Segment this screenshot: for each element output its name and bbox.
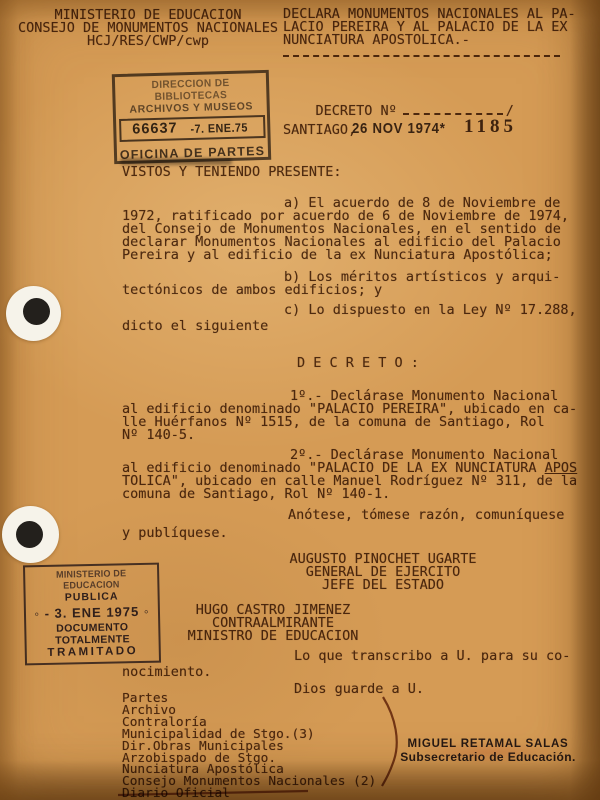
paragraph-a: a) El acuerdo de 8 de Noviembre de 1972,… <box>122 197 582 262</box>
vistos-heading: VISTOS Y TENIENDO PRESENTE: <box>122 166 341 179</box>
reception-stamp: DIRECCION DE BIBLIOTECAS ARCHIVOS Y MUSE… <box>112 70 271 164</box>
minister-block: HUGO CASTRO JIMENEZ CONTRAALMIRANTE MINI… <box>183 604 363 643</box>
signer-name: MIGUEL RETAMAL SALAS <box>388 738 588 750</box>
paragraph-b: b) Los méritos artísticos y arqui- tectó… <box>122 271 582 297</box>
paragraph-2: 2º.- Declárase Monumento Nacional al edi… <box>122 449 592 501</box>
distribution-list: Partes Archivo Contraloría Municipalidad… <box>122 693 422 800</box>
subject-underline <box>283 55 560 57</box>
signer-stamp: MIGUEL RETAMAL SALAS Subsecretario de Ed… <box>388 738 588 764</box>
decree-number-label: DECRETO Nº <box>316 103 397 119</box>
tramite-stamp-ministry: MINISTERIO DE EDUCACION <box>28 568 154 593</box>
reception-stamp-date: -7. ENE.75 <box>191 118 249 136</box>
city-label: SANTIAGO, <box>283 124 356 137</box>
letterhead-line: HCJ/RES/CWP/cwp <box>14 35 282 48</box>
decree-number-blank <box>403 103 503 115</box>
hole-punch <box>23 298 50 325</box>
tramite-stamp: MINISTERIO DE EDUCACION PUBLICA ◦ - 3. E… <box>23 563 161 666</box>
signatory-title: JEFE DEL ESTADO <box>283 579 483 592</box>
decreto-heading: D E C R E T O : <box>297 357 419 370</box>
distribution-item: Diario Oficial <box>122 788 422 800</box>
decree-number-stamp: 1185 <box>464 116 517 138</box>
reception-stamp-number: 66637 <box>132 120 178 137</box>
tramite-stamp-tramitado: TRAMITADO <box>27 645 159 660</box>
transcription-line1: Lo que transcribo a U. para su co- <box>294 650 570 663</box>
paragraph-line: comuna de Santiago, Rol Nº 140-1. <box>122 488 592 501</box>
paragraph-line: Anótese, tómese razón, comuníquese <box>122 509 582 522</box>
paragraph-line: Nº 140-5. <box>122 429 582 442</box>
paragraph-line: Pereira y al edificio de la ex Nunciatur… <box>122 249 582 262</box>
tramite-stamp-date: ◦ - 3. ENE 1975 ◦ <box>26 604 158 622</box>
signature-block: AUGUSTO PINOCHET UGARTE GENERAL DE EJERC… <box>283 553 483 592</box>
subject-line: NUNCIATURA APOSTOLICA.- <box>283 34 583 47</box>
minister-title: MINISTRO DE EDUCACION <box>183 630 363 643</box>
paragraph-line: dicto el siguiente <box>122 320 582 333</box>
document-page: MINISTERIO DE EDUCACION CONSEJO DE MONUM… <box>0 0 600 800</box>
paragraph-line: y publíquese. <box>122 527 582 540</box>
hole-punch <box>16 521 43 548</box>
letterhead: MINISTERIO DE EDUCACION CONSEJO DE MONUM… <box>14 9 282 48</box>
tramite-stamp-doc: DOCUMENTO TOTALMENTE <box>26 621 158 648</box>
paragraph-line: c) Lo dispuesto en la Ley Nº 17.288, <box>122 304 582 317</box>
subject: DECLARA MONUMENTOS NACIONALES AL PA- LAC… <box>283 8 583 47</box>
paragraph-line: tectónicos de ambos edificios; y <box>122 284 582 297</box>
paragraph-c: c) Lo dispuesto en la Ley Nº 17.288, dic… <box>122 304 582 333</box>
reception-stamp-number-box: 66637 -7. ENE.75 <box>119 115 266 142</box>
signer-title: Subsecretario de Educación. <box>388 750 588 764</box>
transcription-line2: nocimiento. <box>122 666 211 679</box>
paragraph-1: 1º.- Declárase Monumento Nacional al edi… <box>122 390 582 442</box>
closing-formula: Anótese, tómese razón, comuníquese y pub… <box>122 509 582 540</box>
date-stamp: 26 NOV 1974* <box>352 120 446 137</box>
